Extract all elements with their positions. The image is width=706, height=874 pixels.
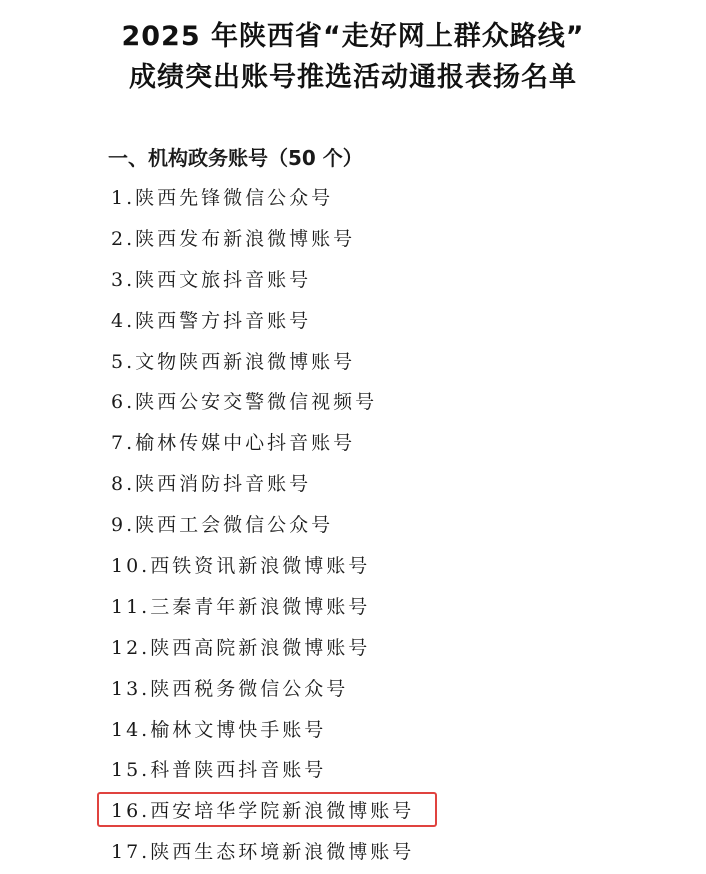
section-heading: 一、机构政务账号（50 个）	[108, 142, 363, 171]
list-item: 13.陕西税务微信公众号	[111, 675, 414, 716]
list-item: 5.文物陕西新浪微博账号	[111, 348, 414, 389]
list-item: 1.陕西先锋微信公众号	[111, 184, 414, 225]
highlight-box	[97, 792, 437, 827]
list-item: 3.陕西文旅抖音账号	[111, 266, 414, 307]
document-title-line-1: 2025 年陕西省“走好网上群众路线”	[0, 14, 706, 53]
list-item: 8.陕西消防抖音账号	[111, 470, 414, 511]
list-item: 14.榆林文博快手账号	[111, 716, 414, 757]
list-item: 9.陕西工会微信公众号	[111, 511, 414, 552]
list-item: 12.陕西高院新浪微博账号	[111, 634, 414, 675]
list-item: 4.陕西警方抖音账号	[111, 307, 414, 348]
list-item: 11.三秦青年新浪微博账号	[111, 593, 414, 634]
document-title-line-2: 成绩突出账号推选活动通报表扬名单	[0, 55, 706, 94]
list-item: 6.陕西公安交警微信视频号	[111, 388, 414, 429]
list-item: 10.西铁资讯新浪微博账号	[111, 552, 414, 593]
list-item: 2.陕西发布新浪微博账号	[111, 225, 414, 266]
account-list: 1.陕西先锋微信公众号 2.陕西发布新浪微博账号 3.陕西文旅抖音账号 4.陕西…	[111, 184, 414, 874]
list-item: 17.陕西生态环境新浪微博账号	[111, 838, 414, 874]
list-item: 7.榆林传媒中心抖音账号	[111, 429, 414, 470]
